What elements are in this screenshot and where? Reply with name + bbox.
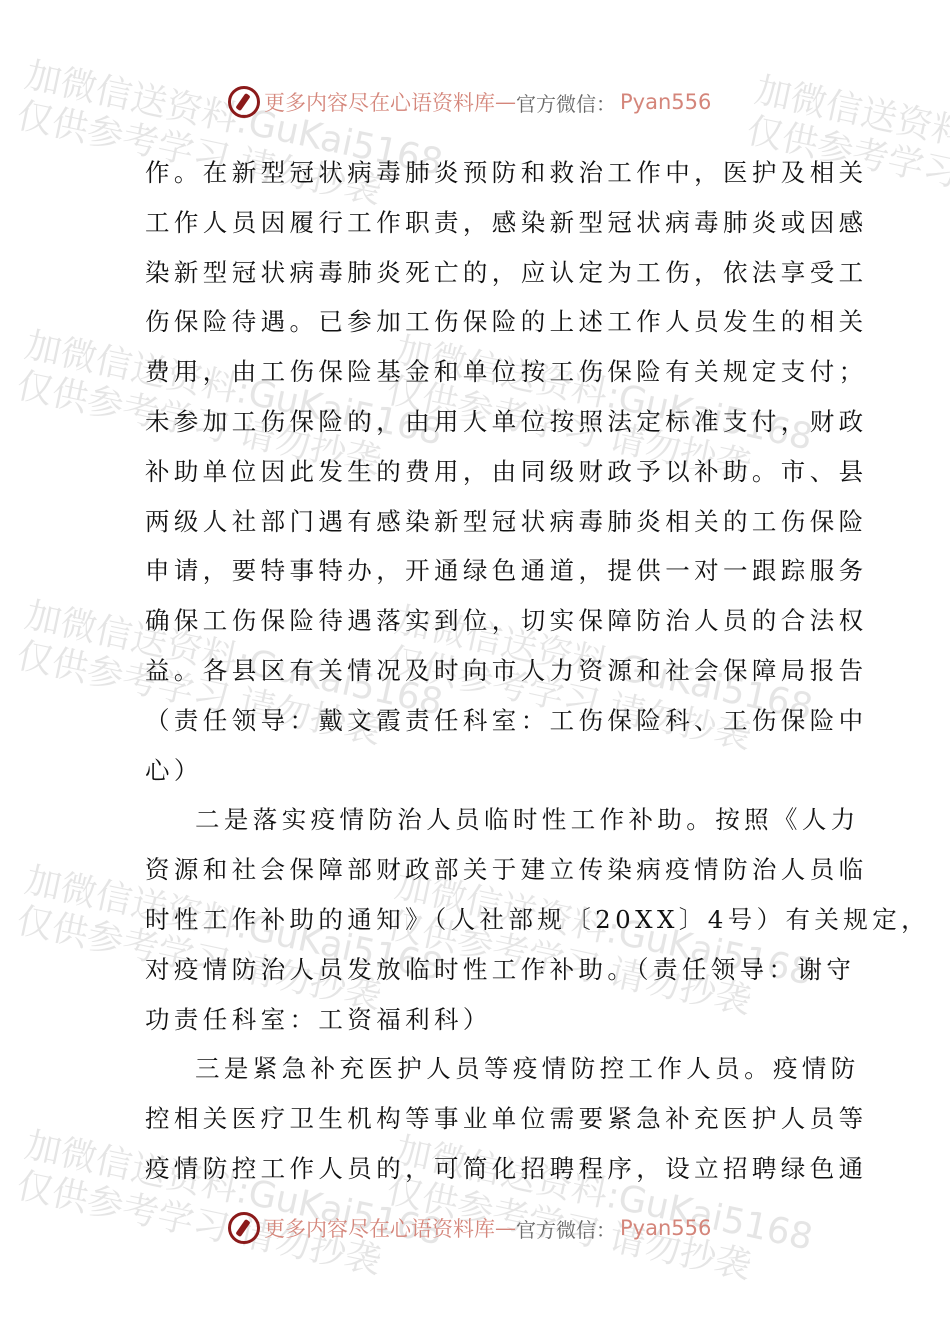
banner-sub-text: 官方微信： xyxy=(516,88,616,117)
text-line: 时性工作补助的通知》（人社部规〔20XX〕4号）有关规定， xyxy=(145,895,825,945)
quill-pen-logo-icon xyxy=(228,86,260,118)
text-line: 染新型冠状病毒肺炎死亡的，应认定为工伤，依法享受工 xyxy=(145,248,825,298)
banner-wechat-id: Pyan556 xyxy=(620,90,711,114)
footer-banner: 更多内容尽在心语资料库 — 官方微信： Pyan556 xyxy=(228,1208,728,1248)
text-line: 对疫情防治人员发放临时性工作补助。（责任领导：谢守 xyxy=(145,945,825,995)
text-line: 控相关医疗卫生机构等事业单位需要紧急补充医护人员等 xyxy=(145,1094,825,1144)
text-line: 资源和社会保障部财政部关于建立传染病疫情防治人员临 xyxy=(145,845,825,895)
paragraph-start-line: 二是落实疫情防治人员临时性工作补助。按照《人力 xyxy=(145,795,825,845)
banner-sub-text: 官方微信： xyxy=(516,1214,616,1243)
quill-pen-logo-icon xyxy=(228,1212,260,1244)
banner-main-text: 更多内容尽在心语资料库 xyxy=(264,1213,495,1243)
banner-main-text: 更多内容尽在心语资料库 xyxy=(264,87,495,117)
text-line: 补助单位因此发生的费用，由同级财政予以补助。市、县 xyxy=(145,447,825,497)
header-banner: 更多内容尽在心语资料库 — 官方微信： Pyan556 xyxy=(228,82,728,122)
text-line: （责任领导：戴文霞责任科室：工伤保险科、工伤保险中 xyxy=(145,696,825,746)
banner-wechat-id: Pyan556 xyxy=(620,1216,711,1240)
text-line: 确保工伤保险待遇落实到位，切实保障防治人员的合法权 xyxy=(145,596,825,646)
text-line: 伤保险待遇。已参加工伤保险的上述工作人员发生的相关 xyxy=(145,297,825,347)
banner-dash: — xyxy=(495,1216,516,1240)
paragraph-start-line: 三是紧急补充医护人员等疫情防控工作人员。疫情防 xyxy=(145,1044,825,1094)
text-line: 工作人员因履行工作职责，感染新型冠状病毒肺炎或因感 xyxy=(145,198,825,248)
text-line: 疫情防控工作人员的，可简化招聘程序，设立招聘绿色通 xyxy=(145,1144,825,1194)
text-line: 两级人社部门遇有感染新型冠状病毒肺炎相关的工伤保险 xyxy=(145,497,825,547)
text-line: 申请，要特事特办，开通绿色通道，提供一对一跟踪服务 xyxy=(145,546,825,596)
text-line: 益。各县区有关情况及时向市人力资源和社会保障局报告 xyxy=(145,646,825,696)
text-line: 功责任科室：工资福利科） xyxy=(145,995,825,1045)
document-body: 作。在新型冠状病毒肺炎预防和救治工作中，医护及相关 工作人员因履行工作职责，感染… xyxy=(145,148,825,1194)
text-line: 未参加工伤保险的，由用人单位按照法定标准支付，财政 xyxy=(145,397,825,447)
text-line: 作。在新型冠状病毒肺炎预防和救治工作中，医护及相关 xyxy=(145,148,825,198)
text-line: 心） xyxy=(145,746,825,796)
banner-dash: — xyxy=(495,90,516,114)
text-line: 费用，由工伤保险基金和单位按工伤保险有关规定支付； xyxy=(145,347,825,397)
